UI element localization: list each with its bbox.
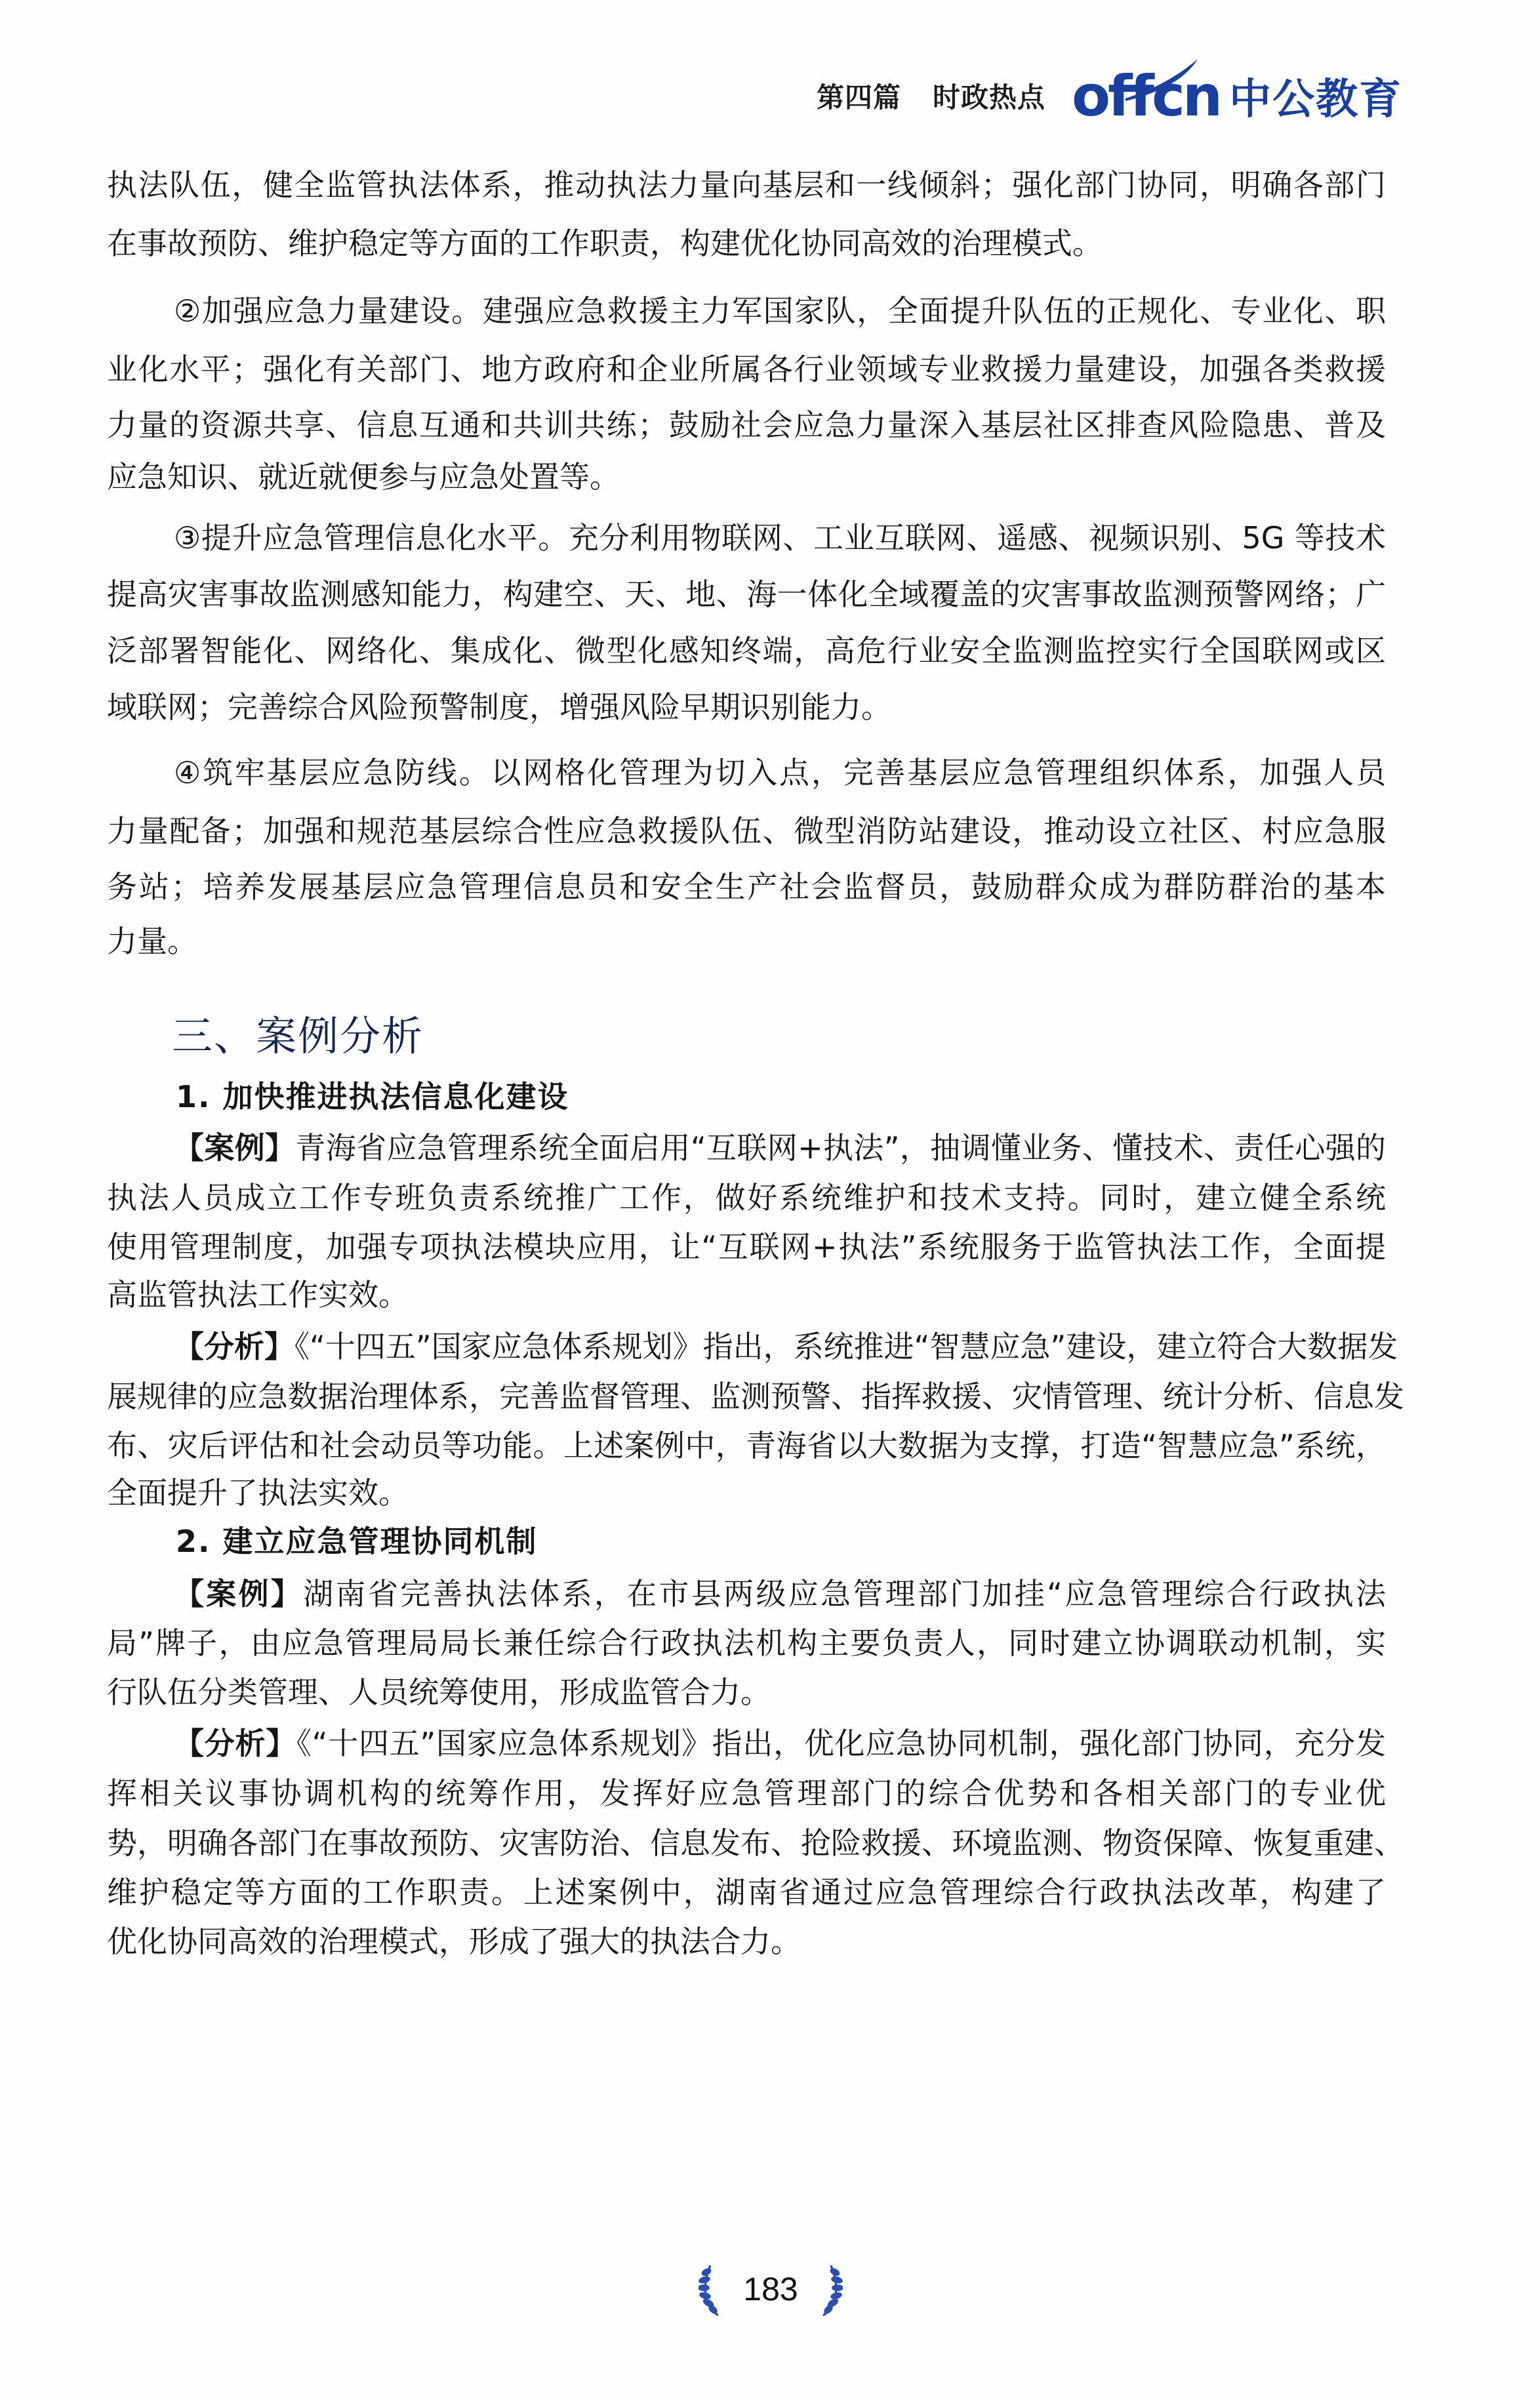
analysis-tag: 【分析】 bbox=[174, 1726, 296, 1761]
offcn-logo: offcn 中公教育 bbox=[1072, 68, 1402, 125]
case-text-line: 高监管执法工作实效。 bbox=[107, 1275, 1386, 1314]
text-line: 务站；培养发展基层应急管理信息员和安全生产社会监督员，鼓励群众成为群防群治的基本 bbox=[107, 867, 1386, 906]
text-line: 域联网；完善综合风险预警制度，增强风险早期识别能力。 bbox=[107, 687, 1386, 727]
case-subheading: 2. 建立应急管理协同机制 bbox=[176, 1522, 538, 1561]
analysis-text-line: 布、灾后评估和社会动员等功能。上述案例中，青海省以大数据为支撑，打造“智慧应急”… bbox=[107, 1426, 1386, 1465]
analysis-text-line: 【分析】《“十四五”国家应急体系规划》指出，优化应急协同机制，强化部门协同，充分… bbox=[174, 1724, 1386, 1763]
text-line: 提高灾害事故监测感知能力，构建空、天、地、海一体化全域覆盖的灾害事故监测预警网络… bbox=[107, 575, 1386, 614]
logo-chinese: 中公教育 bbox=[1229, 79, 1402, 125]
page-header: 第四篇 时政热点 offcn 中公教育 bbox=[817, 66, 1402, 125]
analysis-text-line: 势，明确各部门在事故预防、灾害防治、信息发布、抢险救援、环境监测、物资保障、恢复… bbox=[107, 1823, 1386, 1863]
laurel-left-icon bbox=[699, 2262, 725, 2317]
paragraph-text: 《“十四五”国家应急体系规划》指出，系统推进“智慧应急”建设，建立符合大数据发 bbox=[294, 1329, 1398, 1364]
text-line: 力量的资源共享、信息互通和共训共练；鼓励社会应急力量深入基层社区排查风险隐患、普… bbox=[107, 405, 1386, 445]
analysis-text-line: 全面提升了执法实效。 bbox=[107, 1473, 1386, 1513]
paragraph-text: 青海省应急管理系统全面启用“互联网+执法”，抽调懂业务、懂技术、责任心强的 bbox=[295, 1130, 1386, 1166]
text-line: 应急知识、就近就便参与应急处置等。 bbox=[107, 457, 1386, 497]
text-line: ③提升应急管理信息化水平。充分利用物联网、工业互联网、遥感、视频识别、5G 等技… bbox=[174, 518, 1386, 558]
analysis-text-line: 【分析】《“十四五”国家应急体系规划》指出，系统推进“智慧应急”建设，建立符合大… bbox=[174, 1327, 1386, 1366]
page-number-text: 183 bbox=[743, 2270, 798, 2308]
paragraph-text: 《“十四五”国家应急体系规划》指出，优化应急协同机制，强化部门协同，充分发 bbox=[296, 1726, 1386, 1761]
analysis-tag: 【分析】 bbox=[174, 1329, 294, 1364]
case-text-line: 执法人员成立工作专班负责系统推广工作，做好系统维护和技术支持。同时，建立健全系统 bbox=[107, 1178, 1386, 1217]
analysis-text-line: 维护稳定等方面的工作职责。上述案例中，湖南省通过应急管理综合行政执法改革，构建了 bbox=[107, 1873, 1386, 1912]
document-page: 第四篇 时政热点 offcn 中公教育 执法队伍，健全监管执法体系，推动执法力量… bbox=[0, 0, 1540, 2398]
analysis-text-line: 挥相关议事协调机构的统筹作用，发挥好应急管理部门的综合优势和各相关部门的专业优 bbox=[107, 1774, 1386, 1813]
text-line: 泛部署智能化、网络化、集成化、微型化感知终端，高危行业安全监测监控实行全国联网或… bbox=[107, 631, 1386, 670]
case-tag: 【案例】 bbox=[174, 1130, 295, 1166]
text-line: 力量配备；加强和规范基层综合性应急救援队伍、微型消防站建设，推动设立社区、村应急… bbox=[107, 811, 1386, 851]
section-heading: 三、案例分析 bbox=[172, 1010, 424, 1063]
text-line: 力量。 bbox=[107, 922, 1386, 961]
text-line: 在事故预防、维护稳定等方面的工作职责，构建优化协同高效的治理模式。 bbox=[107, 224, 1386, 263]
part-label: 第四篇 bbox=[817, 76, 901, 115]
case-text-line: 【案例】青海省应急管理系统全面启用“互联网+执法”，抽调懂业务、懂技术、责任心强… bbox=[174, 1128, 1386, 1168]
case-text-line: 使用管理制度，加强专项执法模块应用，让“互联网+执法”系统服务于监管执法工作，全… bbox=[107, 1227, 1386, 1267]
case-subheading: 1. 加快推进执法信息化建设 bbox=[176, 1077, 569, 1116]
text-line: 业化水平；强化有关部门、地方政府和企业所属各行业领域专业救援力量建设，加强各类救… bbox=[107, 350, 1386, 389]
logo-swoosh-icon bbox=[1124, 58, 1203, 104]
text-line: ④筑牢基层应急防线。以网格化管理为切入点，完善基层应急管理组织体系，加强人员 bbox=[174, 753, 1386, 792]
text-line: 执法队伍，健全监管执法体系，推动执法力量向基层和一线倾斜；强化部门协同，明确各部… bbox=[107, 165, 1386, 205]
part-topic: 时政热点 bbox=[933, 76, 1045, 115]
analysis-text-line: 优化协同高效的治理模式，形成了强大的执法合力。 bbox=[107, 1922, 1386, 1961]
case-text-line: 行队伍分类管理、人员统筹使用，形成监管合力。 bbox=[107, 1673, 1386, 1712]
case-tag: 【案例】 bbox=[174, 1576, 303, 1612]
case-text-line: 【案例】湖南省完善执法体系，在市县两级应急管理部门加挂“应急管理综合行政执法 bbox=[174, 1574, 1386, 1614]
paragraph-text: 湖南省完善执法体系，在市县两级应急管理部门加挂“应急管理综合行政执法 bbox=[303, 1576, 1386, 1612]
case-text-line: 局”牌子，由应急管理局局长兼任综合行政执法机构主要负责人，同时建立协调联动机制，… bbox=[107, 1623, 1386, 1663]
page-number: 183 bbox=[695, 2256, 846, 2322]
analysis-text-line: 展规律的应急数据治理体系，完善监督管理、监测预警、指挥救援、灾情管理、统计分析、… bbox=[107, 1377, 1386, 1416]
text-line: ②加强应急力量建设。建强应急救援主力军国家队，全面提升队伍的正规化、专业化、职 bbox=[174, 291, 1386, 331]
laurel-right-icon bbox=[817, 2262, 843, 2317]
